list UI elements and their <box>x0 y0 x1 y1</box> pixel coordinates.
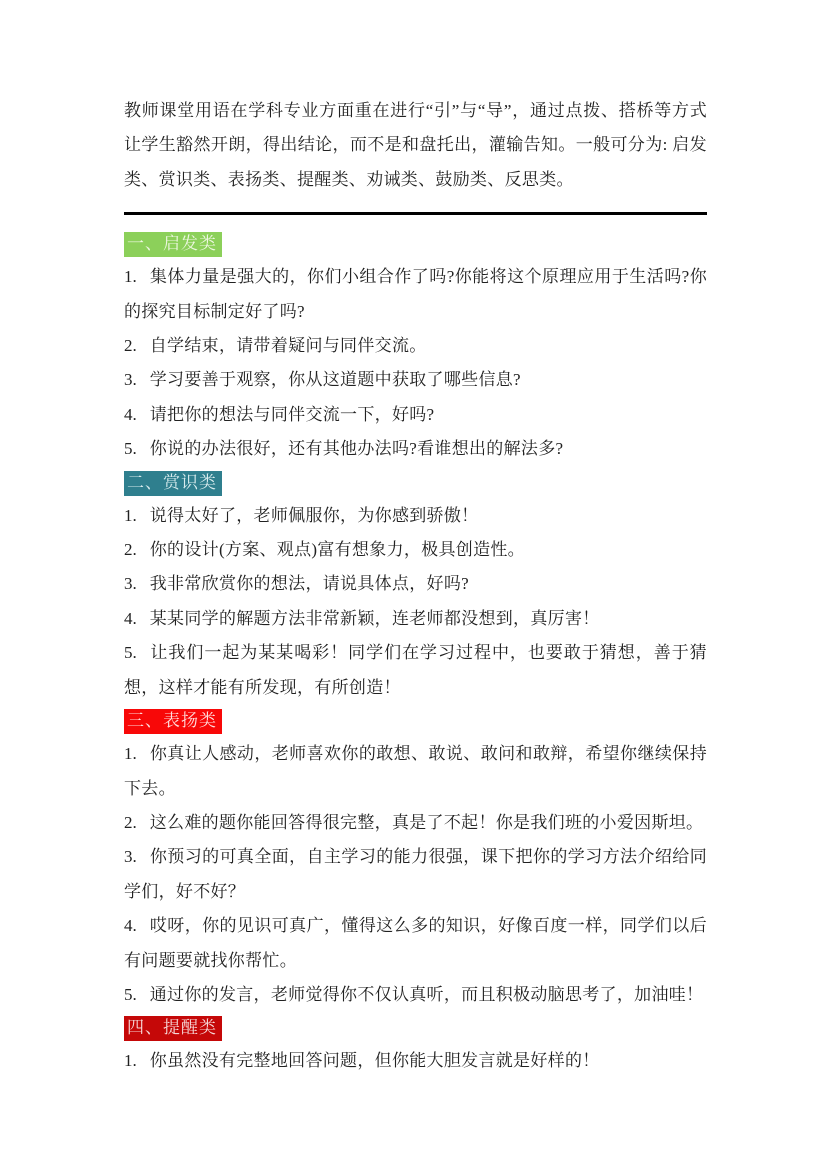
list-item-number: 4. <box>124 398 137 432</box>
list-item-text: 哎呀，你的见识可真广，懂得这么多的知识，好像百度一样，同学们以后有问题要就找你帮… <box>124 916 707 969</box>
section-items: 1.说得太好了，老师佩服你，为你感到骄傲！ 2.你的设计(方案、观点)富有想象力… <box>124 499 707 705</box>
section: 一、启发类 1.集体力量是强大的，你们小组合作了吗?你能将这个原理应用于生活吗?… <box>124 232 707 466</box>
section: 三、表扬类 1.你真让人感动，老师喜欢你的敢想、敢说、敢问和敢辩，希望你继续保持… <box>124 709 707 1012</box>
list-item: 1.集体力量是强大的，你们小组合作了吗?你能将这个原理应用于生活吗?你的探究目标… <box>124 260 707 329</box>
list-item-number: 2. <box>124 806 137 840</box>
section-heading-row: 一、启发类 <box>124 232 707 258</box>
section-heading: 三、表扬类 <box>124 709 222 734</box>
list-item-text: 说得太好了，老师佩服你，为你感到骄傲！ <box>150 506 479 525</box>
list-item: 5.你说的办法很好，还有其他办法吗?看谁想出的解法多? <box>124 432 707 466</box>
list-item: 1.你真让人感动，老师喜欢你的敢想、敢说、敢问和敢辩，希望你继续保持下去。 <box>124 737 707 806</box>
list-item-text: 你真让人感动，老师喜欢你的敢想、敢说、敢问和敢辩，希望你继续保持下去。 <box>124 744 707 797</box>
section-items: 1.你虽然没有完整地回答问题，但你能大胆发言就是好样的！ <box>124 1044 707 1078</box>
list-item-number: 3. <box>124 567 137 601</box>
list-item-text: 让我们一起为某某喝彩！同学们在学习过程中，也要敢于猜想，善于猜想，这样才能有所发… <box>124 643 707 696</box>
list-item-text: 请把你的想法与同伴交流一下，好吗? <box>150 405 435 424</box>
list-item: 5.通过你的发言，老师觉得你不仅认真听，而且积极动脑思考了，加油哇！ <box>124 978 707 1012</box>
list-item: 1.说得太好了，老师佩服你，为你感到骄傲！ <box>124 499 707 533</box>
list-item-number: 5. <box>124 978 137 1012</box>
list-item-number: 1. <box>124 1044 137 1078</box>
list-item: 3.我非常欣赏你的想法，请说具体点，好吗? <box>124 567 707 601</box>
list-item-text: 你虽然没有完整地回答问题，但你能大胆发言就是好样的！ <box>150 1051 600 1070</box>
list-item-text: 这么难的题你能回答得很完整，真是了不起！你是我们班的小爱因斯坦。 <box>150 813 704 832</box>
section-heading-row: 三、表扬类 <box>124 709 707 735</box>
section: 四、提醒类 1.你虽然没有完整地回答问题，但你能大胆发言就是好样的！ <box>124 1016 707 1078</box>
horizontal-rule <box>124 212 707 215</box>
list-item-text: 某某同学的解题方法非常新颖，连老师都没想到，真厉害！ <box>150 609 600 628</box>
list-item-text: 集体力量是强大的，你们小组合作了吗?你能将这个原理应用于生活吗?你的探究目标制定… <box>124 267 707 320</box>
list-item-text: 你的设计(方案、观点)富有想象力，极具创造性。 <box>150 540 525 559</box>
list-item: 1.你虽然没有完整地回答问题，但你能大胆发言就是好样的！ <box>124 1044 707 1078</box>
list-item-text: 你说的办法很好，还有其他办法吗?看谁想出的解法多? <box>150 439 564 458</box>
list-item: 4.请把你的想法与同伴交流一下，好吗? <box>124 398 707 432</box>
list-item-number: 1. <box>124 737 137 771</box>
list-item: 4.某某同学的解题方法非常新颖，连老师都没想到，真厉害！ <box>124 602 707 636</box>
list-item: 3.学习要善于观察，你从这道题中获取了哪些信息? <box>124 363 707 397</box>
list-item-number: 2. <box>124 533 137 567</box>
section-heading-row: 四、提醒类 <box>124 1016 707 1042</box>
list-item: 2.这么难的题你能回答得很完整，真是了不起！你是我们班的小爱因斯坦。 <box>124 806 707 840</box>
list-item-number: 4. <box>124 602 137 636</box>
list-item-text: 你预习的可真全面，自主学习的能力很强，课下把你的学习方法介绍给同学们，好不好？ <box>124 847 707 900</box>
list-item-number: 3. <box>124 363 137 397</box>
section-heading: 四、提醒类 <box>124 1016 222 1041</box>
list-item: 5.让我们一起为某某喝彩！同学们在学习过程中，也要敢于猜想，善于猜想，这样才能有… <box>124 636 707 705</box>
list-item-number: 3. <box>124 840 137 874</box>
list-item: 2.自学结束，请带着疑问与同伴交流。 <box>124 329 707 363</box>
document-page: 教师课堂用语在学科专业方面重在进行“引”与“导”，通过点拨、搭桥等方式让学生豁然… <box>0 0 827 1169</box>
list-item-number: 1. <box>124 499 137 533</box>
section: 二、赏识类 1.说得太好了，老师佩服你，为你感到骄傲！ 2.你的设计(方案、观点… <box>124 471 707 705</box>
list-item-text: 通过你的发言，老师觉得你不仅认真听，而且积极动脑思考了，加油哇！ <box>150 985 704 1004</box>
list-item-text: 我非常欣赏你的想法，请说具体点，好吗? <box>150 574 469 593</box>
sections-container: 一、启发类 1.集体力量是强大的，你们小组合作了吗?你能将这个原理应用于生活吗?… <box>124 232 707 1079</box>
list-item-text: 自学结束，请带着疑问与同伴交流。 <box>150 336 427 355</box>
list-item-number: 4. <box>124 909 137 943</box>
list-item: 4.哎呀，你的见识可真广，懂得这么多的知识，好像百度一样，同学们以后有问题要就找… <box>124 909 707 978</box>
list-item-text: 学习要善于观察，你从这道题中获取了哪些信息? <box>150 370 521 389</box>
list-item-number: 5. <box>124 636 137 670</box>
section-heading: 一、启发类 <box>124 232 222 257</box>
section-items: 1.你真让人感动，老师喜欢你的敢想、敢说、敢问和敢辩，希望你继续保持下去。 2.… <box>124 737 707 1012</box>
section-heading: 二、赏识类 <box>124 471 222 496</box>
list-item-number: 1. <box>124 260 137 294</box>
list-item-number: 5. <box>124 432 137 466</box>
list-item: 2.你的设计(方案、观点)富有想象力，极具创造性。 <box>124 533 707 567</box>
list-item: 3.你预习的可真全面，自主学习的能力很强，课下把你的学习方法介绍给同学们，好不好… <box>124 840 707 909</box>
intro-paragraph: 教师课堂用语在学科专业方面重在进行“引”与“导”，通过点拨、搭桥等方式让学生豁然… <box>124 94 707 197</box>
section-heading-row: 二、赏识类 <box>124 471 707 497</box>
section-items: 1.集体力量是强大的，你们小组合作了吗?你能将这个原理应用于生活吗?你的探究目标… <box>124 260 707 466</box>
list-item-number: 2. <box>124 329 137 363</box>
